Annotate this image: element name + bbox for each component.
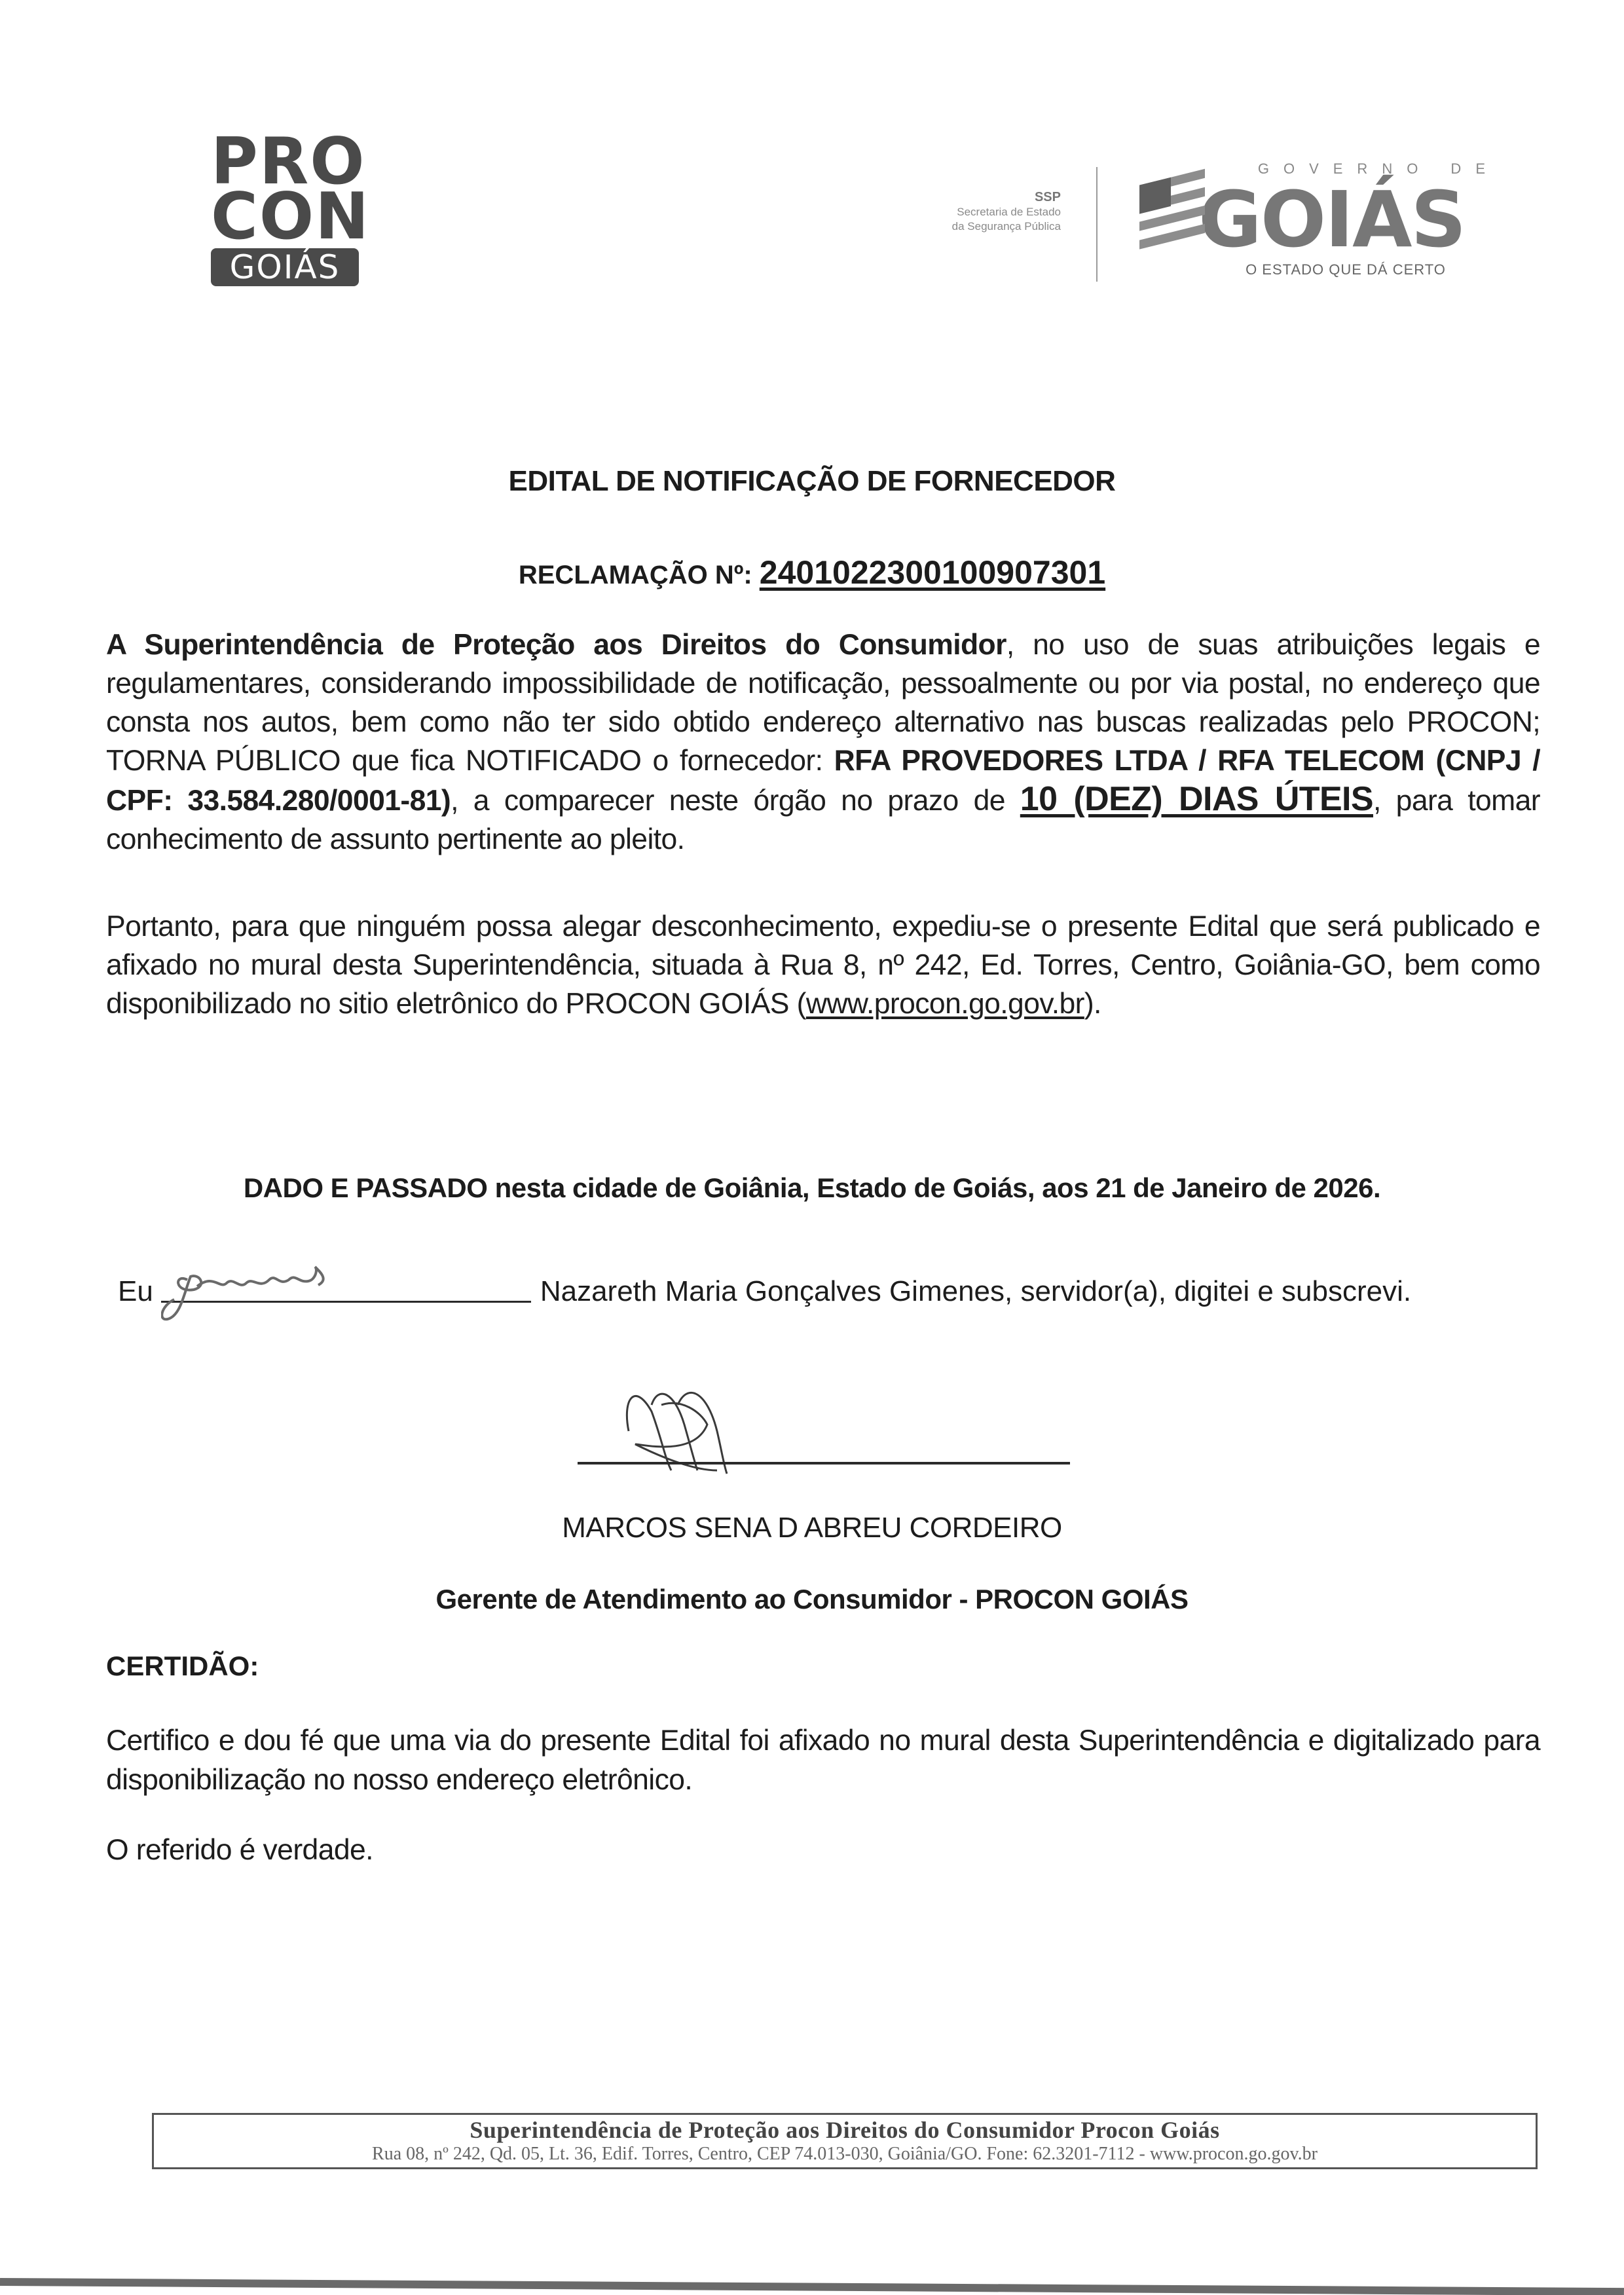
logo-badge-goias: GOIÁS — [211, 248, 359, 286]
footer-box: Superintendência de Proteção aos Direito… — [152, 2113, 1538, 2169]
signatory-name: MARCOS SENA D ABREU CORDEIRO — [0, 1512, 1624, 1544]
procon-website-link[interactable]: www.procon.go.gov.br — [806, 988, 1084, 1020]
deadline: 10 (DEZ) DIAS ÚTEIS — [1020, 780, 1373, 818]
procon-goias-logo: PRO CON GOIÁS — [211, 134, 368, 286]
typist-line: Eu Nazareth Maria Gonçalves Gimenes, ser… — [118, 1271, 1411, 1308]
ssp-line2: da Segurança Pública — [871, 219, 1061, 234]
typist-signature-icon — [161, 1254, 397, 1326]
goias-logo-name: GOIÁS — [1157, 180, 1506, 259]
typist-text: Nazareth Maria Gonçalves Gimenes, servid… — [540, 1275, 1411, 1308]
scan-edge — [0, 2278, 1624, 2295]
date-place-line: DADO E PASSADO nesta cidade de Goiânia, … — [0, 1172, 1624, 1204]
typist-prefix: Eu — [118, 1275, 153, 1308]
ssp-logo: SSP Secretaria de Estado da Segurança Pú… — [871, 190, 1061, 234]
certidao-text: Certifico e dou fé que uma via do presen… — [106, 1721, 1540, 1800]
date-place-text: nesta cidade de Goiânia, Estado de Goiás… — [487, 1172, 1380, 1203]
typist-signature-field — [161, 1271, 531, 1303]
paragraph-text: , a comparecer neste órgão no prazo de — [451, 785, 1020, 817]
manager-signature — [576, 1385, 1074, 1470]
goias-flag-icon — [1139, 181, 1153, 257]
paragraph-text: ). — [1084, 988, 1101, 1020]
footer-agency: Superintendência de Proteção aos Direito… — [154, 2116, 1536, 2144]
agency-name: A Superintendência de Proteção aos Direi… — [106, 629, 1006, 661]
ssp-acronym: SSP — [871, 190, 1061, 205]
governo-goias-logo: GOVERNO DE GOIÁS O ESTADO QUE DÁ CERTO — [1139, 160, 1506, 278]
document-title: EDITAL DE NOTIFICAÇÃO DE FORNECEDOR — [0, 465, 1624, 498]
signature-line — [578, 1462, 1070, 1465]
ssp-line1: Secretaria de Estado — [871, 205, 1061, 219]
complaint-number-line: RECLAMAÇÃO Nº: 24010223001009073​01 — [0, 553, 1624, 591]
complaint-number: 24010223001009073​01 — [760, 554, 1105, 591]
publication-paragraph: Portanto, para que ninguém possa alegar … — [106, 907, 1540, 1023]
logo-divider — [1096, 167, 1098, 282]
dado-passado-label: DADO E PASSADO — [244, 1172, 488, 1203]
signatory-role: Gerente de Atendimento ao Consumidor - P… — [0, 1584, 1624, 1615]
certidao-closing: O referido é verdade. — [106, 1834, 373, 1867]
certidao-heading: CERTIDÃO: — [106, 1651, 259, 1682]
logo-line-con: CON — [211, 189, 368, 244]
complaint-label: RECLAMAÇÃO Nº: — [519, 561, 760, 589]
footer-address: Rua 08, nº 242, Qd. 05, Lt. 36, Edif. To… — [154, 2144, 1536, 2165]
notification-paragraph: A Superintendência de Proteção aos Direi… — [106, 625, 1540, 859]
